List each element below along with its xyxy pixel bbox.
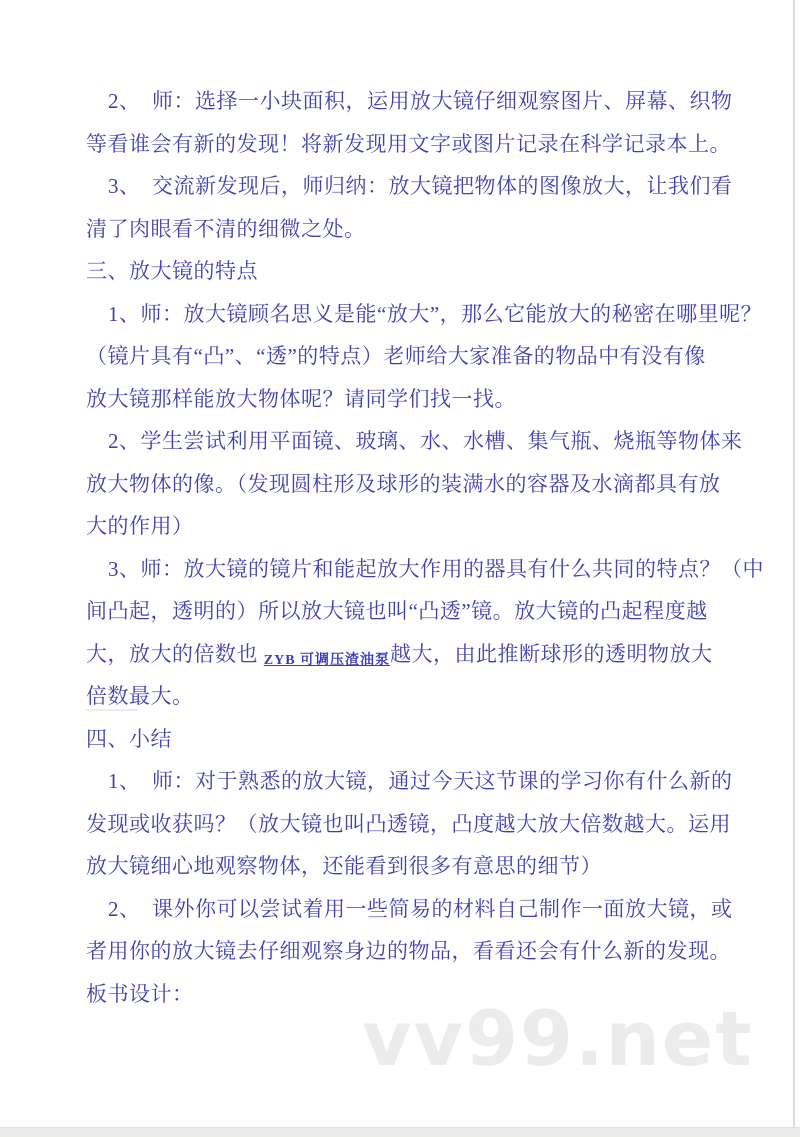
text-line: 放大物体的像。（发现圆柱形及球形的装满水的容器及水滴都具有放 — [86, 463, 746, 506]
text-line: 1、师：放大镜顾名思义是能“放大”，那么它能放大的秘密在哪里呢？ — [86, 293, 746, 336]
section-heading: 四、小结 — [86, 718, 746, 761]
text-line: 3、师：放大镜的镜片和能起放大作用的器具有什么共同的特点？（中 — [86, 548, 746, 591]
text-line: 者用你的放大镜去仔细观察身边的物品，看看还会有什么新的发现。 — [86, 930, 746, 973]
scan-artifact-line — [86, 709, 138, 711]
text-line: 倍数最大。 — [86, 675, 746, 718]
text-line: 间凸起，透明的）所以放大镜也叫“凸透”镜。放大镜的凸起程度越 — [86, 590, 746, 633]
page-edge-bottom — [0, 1127, 800, 1137]
text-line-with-link: 大，放大的倍数也 ZYB 可调压渣油泵越大，由此推断球形的透明物放大 — [86, 633, 746, 676]
text-line: 放大镜细心地观察物体，还能看到很多有意思的细节） — [86, 845, 746, 888]
text-line: 放大镜那样能放大物体呢？请同学们找一找。 — [86, 378, 746, 421]
document-text: 2、 师：选择一小块面积，运用放大镜仔细观察图片、屏幕、织物 等看谁会有新的发现… — [86, 80, 746, 1015]
section-heading: 三、放大镜的特点 — [86, 250, 746, 293]
text-line: 大的作用） — [86, 505, 746, 548]
text-line: 1、 师：对于熟悉的放大镜，通过今天这节课的学习你有什么新的 — [86, 760, 746, 803]
text-segment: 越大，由此推断球形的透明物放大 — [390, 642, 713, 666]
text-line: 2、 课外你可以尝试着用一些简易的材料自己制作一面放大镜，或 — [86, 888, 746, 931]
text-segment: 大，放大的倍数也 — [86, 642, 264, 666]
document-page: { "page": { "text_color": "#4141ad", "li… — [0, 0, 800, 1137]
text-line: 等看谁会有新的发现！将新发现用文字或图片记录在科学记录本上。 — [86, 123, 746, 166]
text-line: 2、学生尝试利用平面镜、玻璃、水、水槽、集气瓶、烧瓶等物体来 — [86, 420, 746, 463]
page-edge-right — [793, 0, 795, 1129]
text-line: （镜片具有“凸”、“透”的特点）老师给大家准备的物品中有没有像 — [86, 335, 746, 378]
text-line: 清了肉眼看不清的细微之处。 — [86, 208, 746, 251]
text-line: 3、 交流新发现后，师归纳：放大镜把物体的图像放大，让我们看 — [86, 165, 746, 208]
text-line: 板书设计： — [86, 973, 746, 1016]
text-line: 发现或收获吗？（放大镜也叫凸透镜，凸度越大放大倍数越大。运用 — [86, 803, 746, 846]
zyb-pump-link[interactable]: ZYB 可调压渣油泵 — [264, 653, 390, 668]
text-line: 2、 师：选择一小块面积，运用放大镜仔细观察图片、屏幕、织物 — [86, 80, 746, 123]
